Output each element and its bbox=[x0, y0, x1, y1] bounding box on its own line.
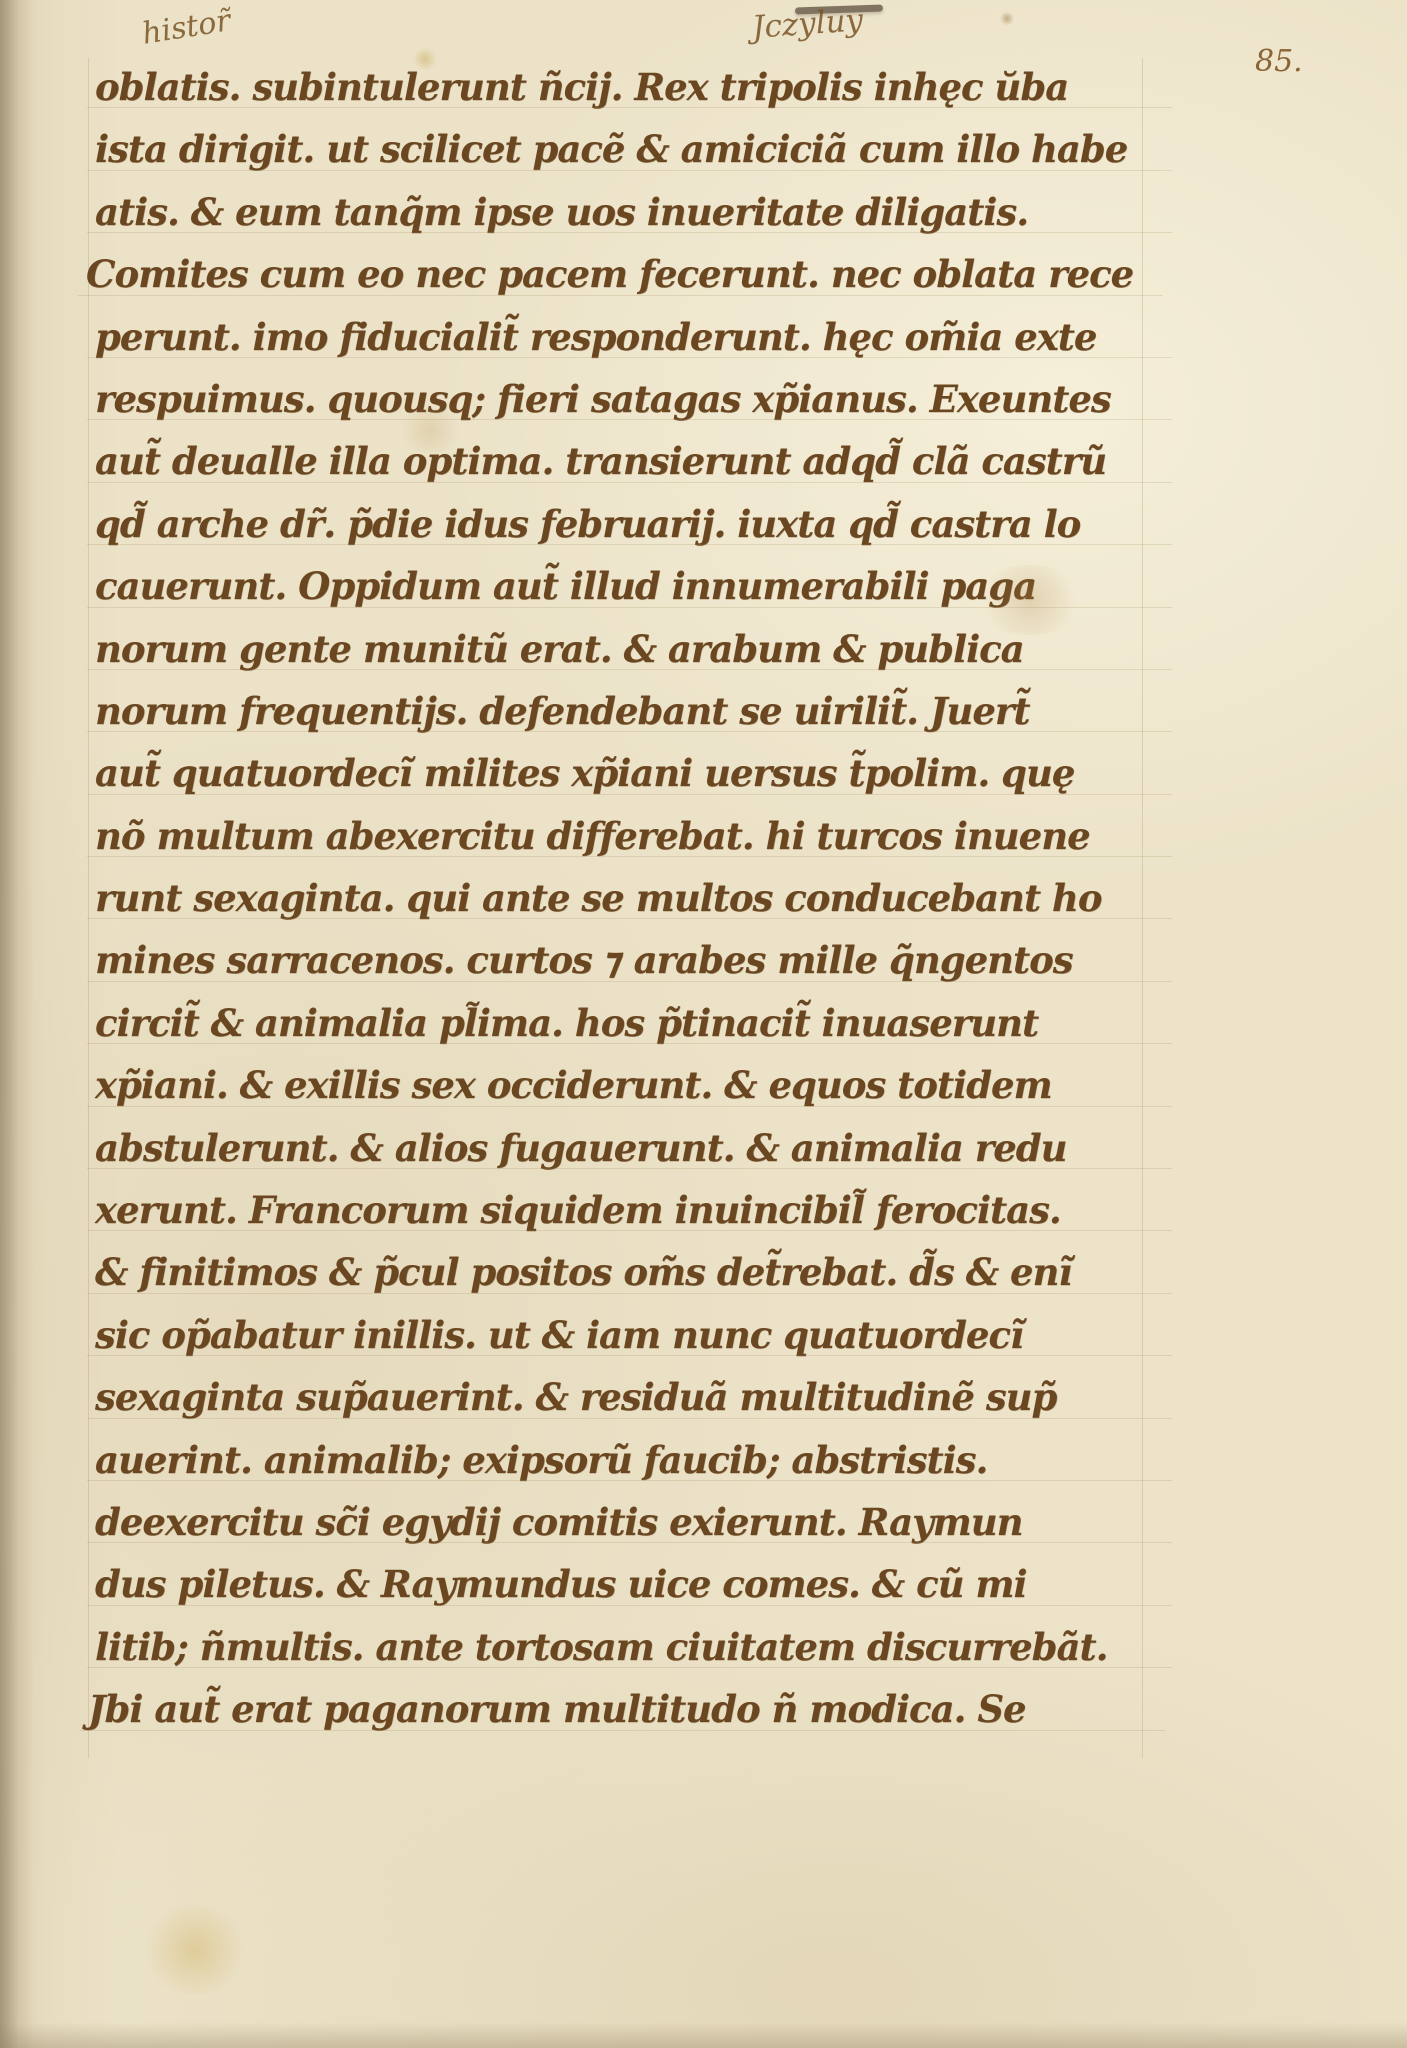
text-line: mines sarracenos. curtos ⁊ arabes mille … bbox=[95, 929, 1155, 991]
text-line: nõ multum abexercitu differebat. hi turc… bbox=[95, 805, 1155, 867]
text-line: sexaginta sup̃auerint. & residuã multitu… bbox=[95, 1366, 1155, 1428]
text-line: aut̃ quatuordecĩ milites xp̃iani uersus … bbox=[95, 742, 1155, 804]
text-line: oblatis. subintulerunt ñcij. Rex tripoli… bbox=[95, 56, 1155, 118]
text-line: atis. & eum tanq̃m ipse uos inueritate d… bbox=[95, 181, 1155, 243]
text-line: circit̃ & animalia pl̃ima. hos p̃tinacit… bbox=[95, 992, 1155, 1054]
text-line: cauerunt. Oppidum aut̃ illud innumerabil… bbox=[95, 555, 1155, 617]
text-line: norum gente munitũ erat. & arabum & publ… bbox=[95, 618, 1155, 680]
text-line: perunt. imo fiducialit̃ responderunt. hę… bbox=[95, 306, 1155, 368]
text-line: xerunt. Francorum siquidem inuincibil̃ f… bbox=[95, 1179, 1155, 1241]
text-line: respuimus. quousq; fieri satagas xp̃ianu… bbox=[95, 368, 1155, 430]
text-line: sic op̃abatur inillis. ut & iam nunc qua… bbox=[95, 1304, 1155, 1366]
text-line: litib; ñmultis. ante tortosam ciuitatem … bbox=[95, 1616, 1155, 1678]
parchment-stain bbox=[140, 1905, 250, 1995]
text-line: auerint. animalib; exipsorũ faucib; abst… bbox=[95, 1429, 1155, 1491]
text-line: ista dirigit. ut scilicet pacẽ & amicici… bbox=[95, 118, 1155, 180]
manuscript-page: histor̃ Jczyluy 85. oblatis. subintuleru… bbox=[0, 0, 1407, 2048]
text-line: & finitimos & p̃cul positos om̃s det̃reb… bbox=[95, 1241, 1155, 1303]
page-edge-shadow bbox=[0, 0, 34, 2048]
margin-ruling-left bbox=[88, 58, 89, 1758]
text-line: Comites cum eo nec pacem fecerunt. nec o… bbox=[86, 243, 1155, 305]
text-block: oblatis. subintulerunt ñcij. Rex tripoli… bbox=[95, 56, 1155, 1741]
text-line: xp̃iani. & exillis sex occiderunt. & equ… bbox=[95, 1054, 1155, 1116]
text-line: qd̃ arche dr̃. p̃die idus februarij. iux… bbox=[95, 493, 1155, 555]
text-line: runt sexaginta. qui ante se multos condu… bbox=[95, 867, 1155, 929]
text-line: aut̃ deualle illa optima. transierunt ad… bbox=[95, 430, 1155, 492]
text-line: abstulerunt. & alios fugauerunt. & anima… bbox=[95, 1117, 1155, 1179]
text-line: dus piletus. & Raymundus uice comes. & c… bbox=[95, 1553, 1155, 1615]
parchment-stain bbox=[1000, 12, 1014, 25]
text-line: norum frequentijs. defendebant se uirili… bbox=[95, 680, 1155, 742]
folio-number: 85. bbox=[1255, 44, 1303, 79]
header-annotation-left: histor̃ bbox=[140, 3, 233, 51]
text-line: Jbi aut̃ erat paganorum multitudo ñ modi… bbox=[88, 1678, 1155, 1740]
page-bottom-shadow bbox=[0, 2022, 1407, 2048]
text-line: deexercitu sc̃i egydij comitis exierunt.… bbox=[95, 1491, 1155, 1553]
header-annotation-center: Jczyluy bbox=[751, 2, 864, 46]
